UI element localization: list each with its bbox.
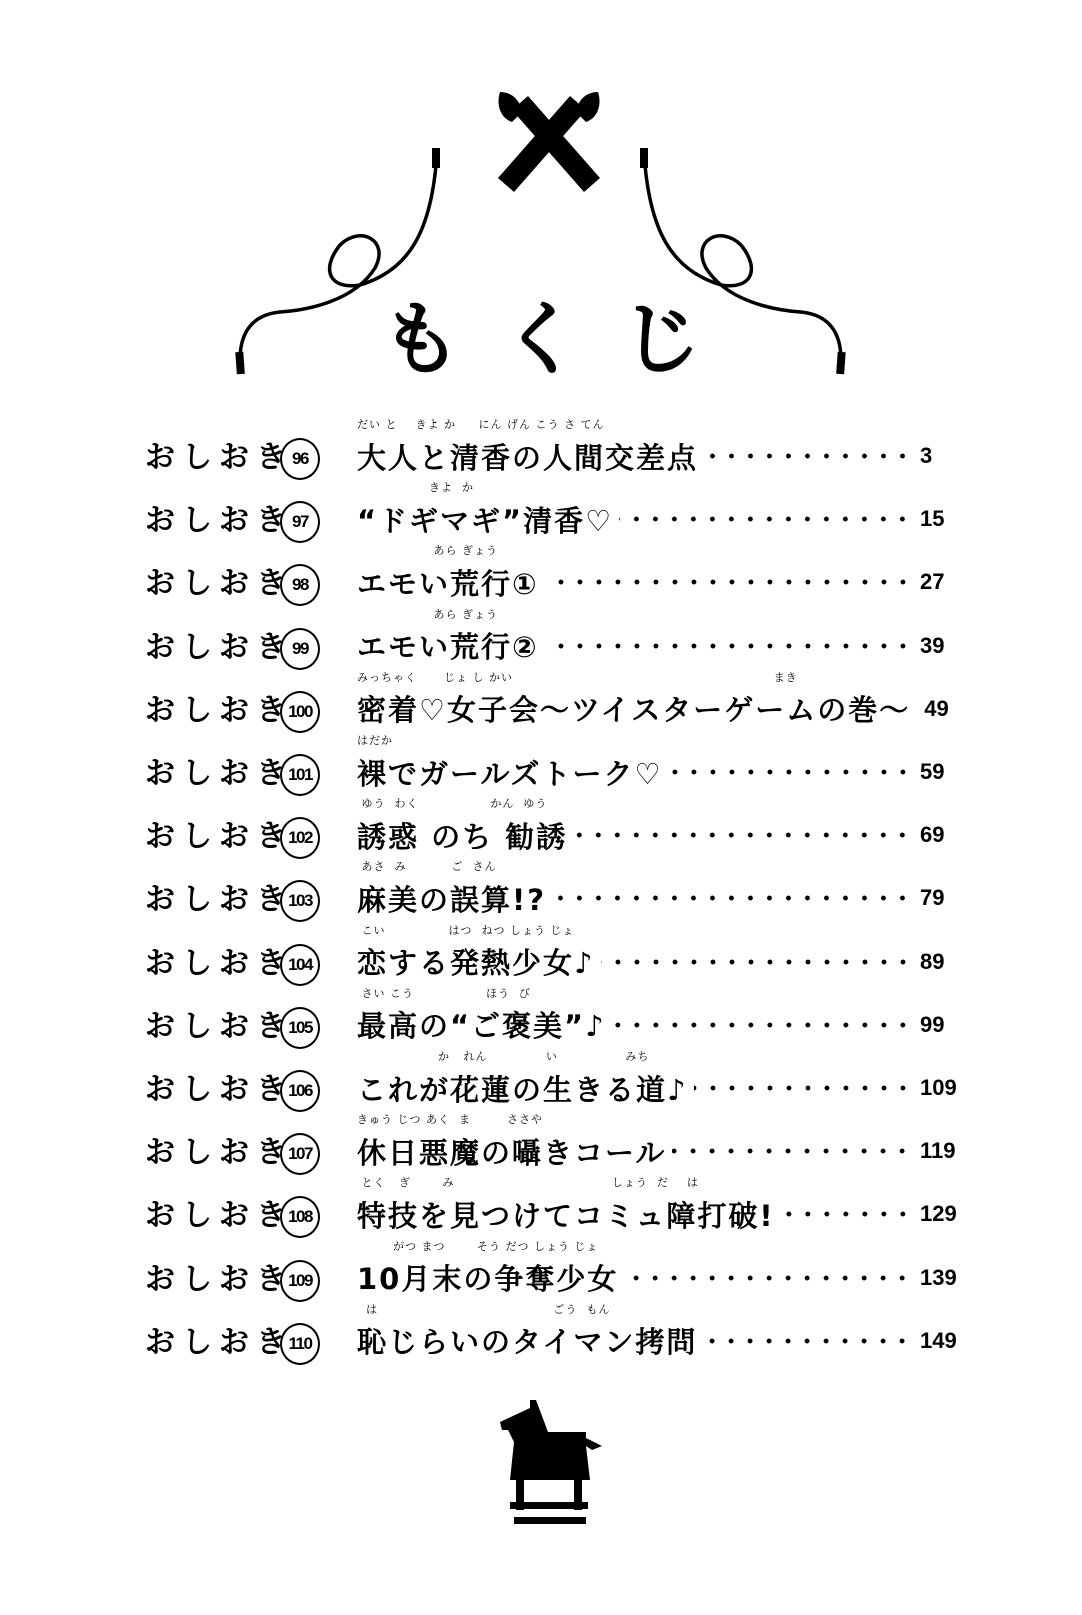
furigana: あさ み ご さん <box>357 860 496 874</box>
dot-leader <box>624 1258 912 1298</box>
chapter-title-block: か れん い みち これが花蓮の生きる道♪ 109 <box>357 1050 960 1114</box>
toc-entry: おしおき 106 か れん い みち これが花蓮の生きる道♪ 109 <box>145 1050 960 1114</box>
page-number: 27 <box>920 569 960 595</box>
page-number: 119 <box>920 1138 960 1164</box>
toc-entry: おしおき 100 みっちゃく じょ し かい まき 密着♡女子会〜ツイスターゲー… <box>145 671 960 735</box>
furigana: きよ か <box>357 481 474 495</box>
chapter-title-block: がつ まつ そう だつ しょう じょ 10月末の争奪少女 139 <box>357 1240 960 1304</box>
chapter-number-badge: 102 <box>280 817 320 859</box>
page-number: 89 <box>920 949 960 975</box>
toc-entry: おしおき 107 きゅう じつ あく ま ささや 休日悪魔の囁きコール 119 <box>145 1113 960 1177</box>
page-number: 79 <box>920 885 960 911</box>
toc-entry: おしおき 99 あら ぎょう エモい荒行② 39 <box>145 608 960 672</box>
chapter-title-block: あら ぎょう エモい荒行① 27 <box>357 544 960 608</box>
chapter-title-block: とく ぎ み しょう だ は 特技を見つけてコミュ障打破! 129 <box>357 1176 960 1240</box>
chapter-title-block: きよ か “ドギマギ”清香♡ 15 <box>357 481 960 545</box>
dot-leader <box>612 1005 912 1045</box>
dot-leader <box>704 436 912 476</box>
toc-entry: おしおき 108 とく ぎ み しょう だ は 特技を見つけてコミュ障打破! 1… <box>145 1176 960 1240</box>
chapter-number-badge: 110 <box>280 1323 320 1365</box>
dot-leader <box>552 878 912 918</box>
chapter-number-badge: 96 <box>280 438 320 480</box>
page-number: 49 <box>924 696 964 722</box>
rocking-horse-icon <box>490 1400 610 1535</box>
chapter-title-block: こい はつ ねつ しょう じょ 恋する発熱少女♪ 89 <box>357 924 960 988</box>
chapter-prefix: おしおき <box>145 1262 293 1298</box>
dot-leader <box>573 815 912 855</box>
chapter-title-block: あら ぎょう エモい荒行② 39 <box>357 608 960 672</box>
furigana: はだか <box>357 734 393 748</box>
chapter-number-badge: 101 <box>280 754 320 796</box>
furigana: こい はつ ねつ しょう じょ <box>357 924 574 938</box>
chapter-title-block: はだか 裸でガールズトーク♡ 59 <box>357 734 960 798</box>
furigana: みっちゃく じょ し かい まき <box>357 671 798 685</box>
chapter-title-block: みっちゃく じょ し かい まき 密着♡女子会〜ツイスターゲームの巻〜 49 <box>357 671 960 735</box>
page-number: 139 <box>920 1265 960 1291</box>
page-number: 149 <box>920 1328 960 1354</box>
chapter-prefix: おしおき <box>145 882 293 918</box>
chapter-prefix: おしおき <box>145 1198 293 1234</box>
chapter-title: 最高の“ご褒美”♪ <box>357 1004 606 1045</box>
chapter-title: 恥じらいのタイマン拷問 <box>357 1320 697 1361</box>
chapter-title-block: だい と きよ か にん げん こう さ てん 大人と清香の人間交差点 3 <box>357 418 960 482</box>
chapter-prefix: おしおき <box>145 756 293 792</box>
furigana: は ごう もん <box>357 1303 610 1317</box>
toc-entry: おしおき 109 がつ まつ そう だつ しょう じょ 10月末の争奪少女 13… <box>145 1240 960 1304</box>
furigana: きゅう じつ あく ま ささや <box>357 1113 543 1127</box>
toc-entry: おしおき 104 こい はつ ねつ しょう じょ 恋する発熱少女♪ 89 <box>145 924 960 988</box>
chapter-number-badge: 97 <box>280 501 320 543</box>
chapter-number-badge: 104 <box>280 944 320 986</box>
dot-leader <box>545 626 912 666</box>
page-number: 69 <box>920 822 960 848</box>
dot-leader <box>669 752 912 792</box>
chapter-number-badge: 98 <box>280 564 320 606</box>
dot-leader <box>601 942 912 982</box>
furigana: だい と きよ か にん げん こう さ てん <box>357 418 604 432</box>
dot-leader <box>781 1194 912 1234</box>
chapter-number-badge: 99 <box>280 628 320 670</box>
page-number: 39 <box>920 633 960 659</box>
chapter-title-block: ゆう わく かん ゆう 誘惑 のち 勧誘 69 <box>357 797 960 861</box>
chapter-prefix: おしおき <box>145 1072 293 1108</box>
chapter-title-block: は ごう もん 恥じらいのタイマン拷問 149 <box>357 1303 960 1367</box>
chapter-prefix: おしおき <box>145 1135 293 1171</box>
chapter-prefix: おしおき <box>145 630 293 666</box>
page-number: 59 <box>920 759 960 785</box>
page-number: 15 <box>920 506 960 532</box>
chapter-prefix: おしおき <box>145 503 293 539</box>
toc-entry: おしおき 102 ゆう わく かん ゆう 誘惑 のち 勧誘 69 <box>145 797 960 861</box>
chapter-title: 裸でガールズトーク♡ <box>357 752 663 793</box>
chapter-title: 誘惑 のち 勧誘 <box>357 815 567 856</box>
chapter-number-badge: 109 <box>280 1260 320 1302</box>
furigana: あら ぎょう <box>357 544 498 558</box>
chapter-prefix: おしおき <box>145 946 293 982</box>
chapter-title: 休日悪魔の囁きコール <box>357 1131 666 1172</box>
chapter-title: 密着♡女子会〜ツイスターゲームの巻〜 <box>357 688 910 729</box>
furigana: ゆう わく かん ゆう <box>357 797 547 811</box>
chapter-title: エモい荒行② <box>357 625 539 666</box>
toc-entry: おしおき 110 は ごう もん 恥じらいのタイマン拷問 149 <box>145 1303 960 1367</box>
toc-entry: おしおき 103 あさ み ご さん 麻美の誤算!? 79 <box>145 860 960 924</box>
dot-leader <box>703 1321 912 1361</box>
page-number: 99 <box>920 1012 960 1038</box>
chapter-title: 特技を見つけてコミュ障打破! <box>357 1194 775 1235</box>
chapter-prefix: おしおき <box>145 1009 293 1045</box>
chapter-prefix: おしおき <box>145 693 293 729</box>
page-title: もくじ <box>0 285 1082 395</box>
chapter-number-badge: 107 <box>280 1133 320 1175</box>
chapter-prefix: おしおき <box>145 440 293 476</box>
dot-leader <box>672 1131 912 1171</box>
toc-entry: おしおき 96 だい と きよ か にん げん こう さ てん 大人と清香の人間… <box>145 418 960 482</box>
chapter-number-badge: 106 <box>280 1070 320 1112</box>
chapter-prefix: おしおき <box>145 1325 293 1361</box>
furigana: とく ぎ み しょう だ は <box>357 1176 699 1190</box>
dot-leader <box>619 499 912 539</box>
chapter-title: 麻美の誤算!? <box>357 878 546 919</box>
chapter-prefix: おしおき <box>145 819 293 855</box>
chapter-number-badge: 108 <box>280 1196 320 1238</box>
chapter-title: エモい荒行① <box>357 562 539 603</box>
chapter-title: これが花蓮の生きる道♪ <box>357 1068 688 1109</box>
chapter-number-badge: 105 <box>280 1007 320 1049</box>
furigana: がつ まつ そう だつ しょう じょ <box>357 1240 598 1254</box>
toc-entry: おしおき 101 はだか 裸でガールズトーク♡ 59 <box>145 734 960 798</box>
chapter-title: 10月末の争奪少女 <box>357 1257 618 1298</box>
page-number: 3 <box>920 443 960 469</box>
page-number: 109 <box>920 1075 960 1101</box>
chapter-number-badge: 103 <box>280 880 320 922</box>
chapter-title: “ドギマギ”清香♡ <box>357 499 613 540</box>
chapter-title-block: あさ み ご さん 麻美の誤算!? 79 <box>357 860 960 924</box>
chapter-title: 恋する発熱少女♪ <box>357 941 595 982</box>
chapter-title-block: きゅう じつ あく ま ささや 休日悪魔の囁きコール 119 <box>357 1113 960 1177</box>
furigana: あら ぎょう <box>357 608 498 622</box>
furigana: か れん い みち <box>357 1050 649 1064</box>
chapter-prefix: おしおき <box>145 566 293 602</box>
dot-leader <box>545 562 912 602</box>
furigana: さい こう ほう び <box>357 987 531 1001</box>
chapter-title-block: さい こう ほう び 最高の“ご褒美”♪ 99 <box>357 987 960 1051</box>
toc-entry: おしおき 105 さい こう ほう び 最高の“ご褒美”♪ 99 <box>145 987 960 1051</box>
toc-entry: おしおき 98 あら ぎょう エモい荒行① 27 <box>145 544 960 608</box>
page-number: 129 <box>920 1201 960 1227</box>
dot-leader <box>694 1068 912 1108</box>
chapter-title: 大人と清香の人間交差点 <box>357 436 698 477</box>
toc-entry: おしおき 97 きよ か “ドギマギ”清香♡ 15 <box>145 481 960 545</box>
chapter-number-badge: 100 <box>280 691 320 733</box>
